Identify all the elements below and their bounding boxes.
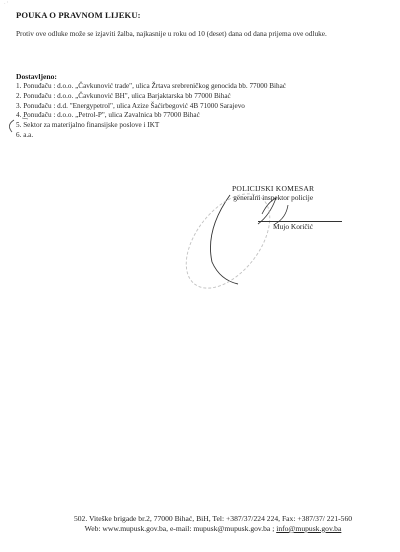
signatory-subtitle: generalni inspektor policije [232,193,314,202]
signature-block: POLICIJSKI KOMESAR generalni inspektor p… [232,184,314,202]
footer: 502. Viteške brigade br.2, 77000 Bihać, … [58,514,368,534]
footer-address: 502. Viteške brigade br.2, 77000 Bihać, … [58,514,368,524]
info-email-link[interactable]: info@mupusk.gov.ba [276,524,341,533]
signatory-name: Mujo Koričić [273,222,313,231]
footer-contact: Web: www.mupusk.gov.ba, e-mail: mupusk@m… [58,524,368,534]
signatory-title: POLICIJSKI KOMESAR [232,184,314,193]
footer-web-email: Web: www.mupusk.gov.ba, e-mail: mupusk@m… [85,524,277,533]
